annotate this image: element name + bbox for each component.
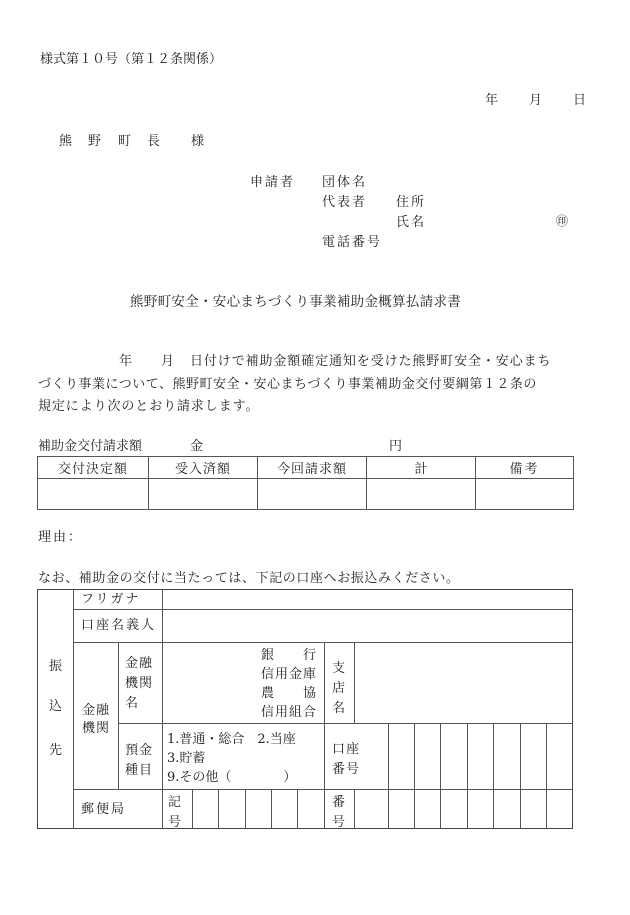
side-label-char: 込 (49, 700, 62, 713)
institution-name-label: 金融 機関 名 (125, 654, 153, 714)
grid-line (73, 609, 573, 610)
institution-type-shinkin[interactable]: 信用金庫 (261, 665, 317, 684)
grid-line (73, 642, 573, 643)
deposit-option-ordinary-checking[interactable]: 1.普通・総合 2.当座 (167, 730, 296, 749)
number-label: 番 号 (332, 793, 345, 833)
post-office-label: 郵便局 (81, 803, 126, 816)
institution-name-input[interactable] (164, 644, 252, 722)
grid-line (354, 642, 355, 723)
branch-label-char: 店 (332, 679, 345, 699)
furigana-input[interactable] (164, 590, 572, 608)
grid-line (162, 589, 163, 829)
branch-label: 支 店 名 (332, 659, 345, 719)
institution-type-bank[interactable]: 銀 行 (261, 646, 317, 665)
postal-number-digits[interactable] (355, 790, 572, 828)
symbol-label-char: 記 (168, 793, 181, 813)
symbol-label: 記 号 (168, 793, 181, 833)
number-label-char: 号 (332, 813, 345, 833)
furigana-label: フリガナ (81, 593, 140, 606)
deposit-type-options: 1.普通・総合 2.当座 3.貯蓄 9.その他（ ） (167, 730, 296, 787)
account-holder-input[interactable] (164, 611, 572, 641)
transfer-table: 振 込 先 フリガナ 口座名義人 金融機関 金融 機関 名 銀 行 信用金庫 農… (0, 0, 630, 915)
side-label-char: 先 (49, 744, 62, 757)
institution-type-nokyo[interactable]: 農 協 (261, 684, 317, 703)
number-label-char: 番 (332, 793, 345, 813)
branch-input[interactable] (356, 644, 572, 722)
account-number-label: 口座 番号 (332, 740, 360, 780)
account-number-digits[interactable] (389, 724, 572, 788)
side-label-char: 振 (49, 660, 62, 673)
branch-label-char: 支 (332, 659, 345, 679)
deposit-option-savings[interactable]: 3.貯蓄 (167, 749, 296, 768)
deposit-type-label-line: 預金 (125, 741, 153, 761)
symbol-label-char: 号 (168, 813, 181, 833)
institution-name-label-line: 金融 (125, 654, 153, 674)
institution-type-credit-union[interactable]: 信用組合 (261, 703, 317, 722)
grid-line (118, 642, 119, 789)
deposit-type-label-line: 種目 (125, 761, 153, 781)
account-number-label-line: 口座 (332, 740, 360, 760)
grid-line (73, 589, 74, 829)
account-number-label-line: 番号 (332, 760, 360, 780)
account-holder-label: 口座名義人 (81, 619, 156, 632)
institution-name-label-line: 名 (125, 694, 153, 714)
grid-line (324, 642, 325, 829)
institution-name-label-line: 機関 (125, 674, 153, 694)
deposit-type-label: 預金 種目 (125, 741, 153, 781)
symbol-digits[interactable] (193, 790, 323, 828)
institution-type-list: 銀 行 信用金庫 農 協 信用組合 (261, 646, 317, 722)
deposit-option-other[interactable]: 9.その他（ ） (167, 768, 296, 787)
branch-label-char: 名 (332, 699, 345, 719)
institution-label: 金融機関 (82, 702, 116, 738)
